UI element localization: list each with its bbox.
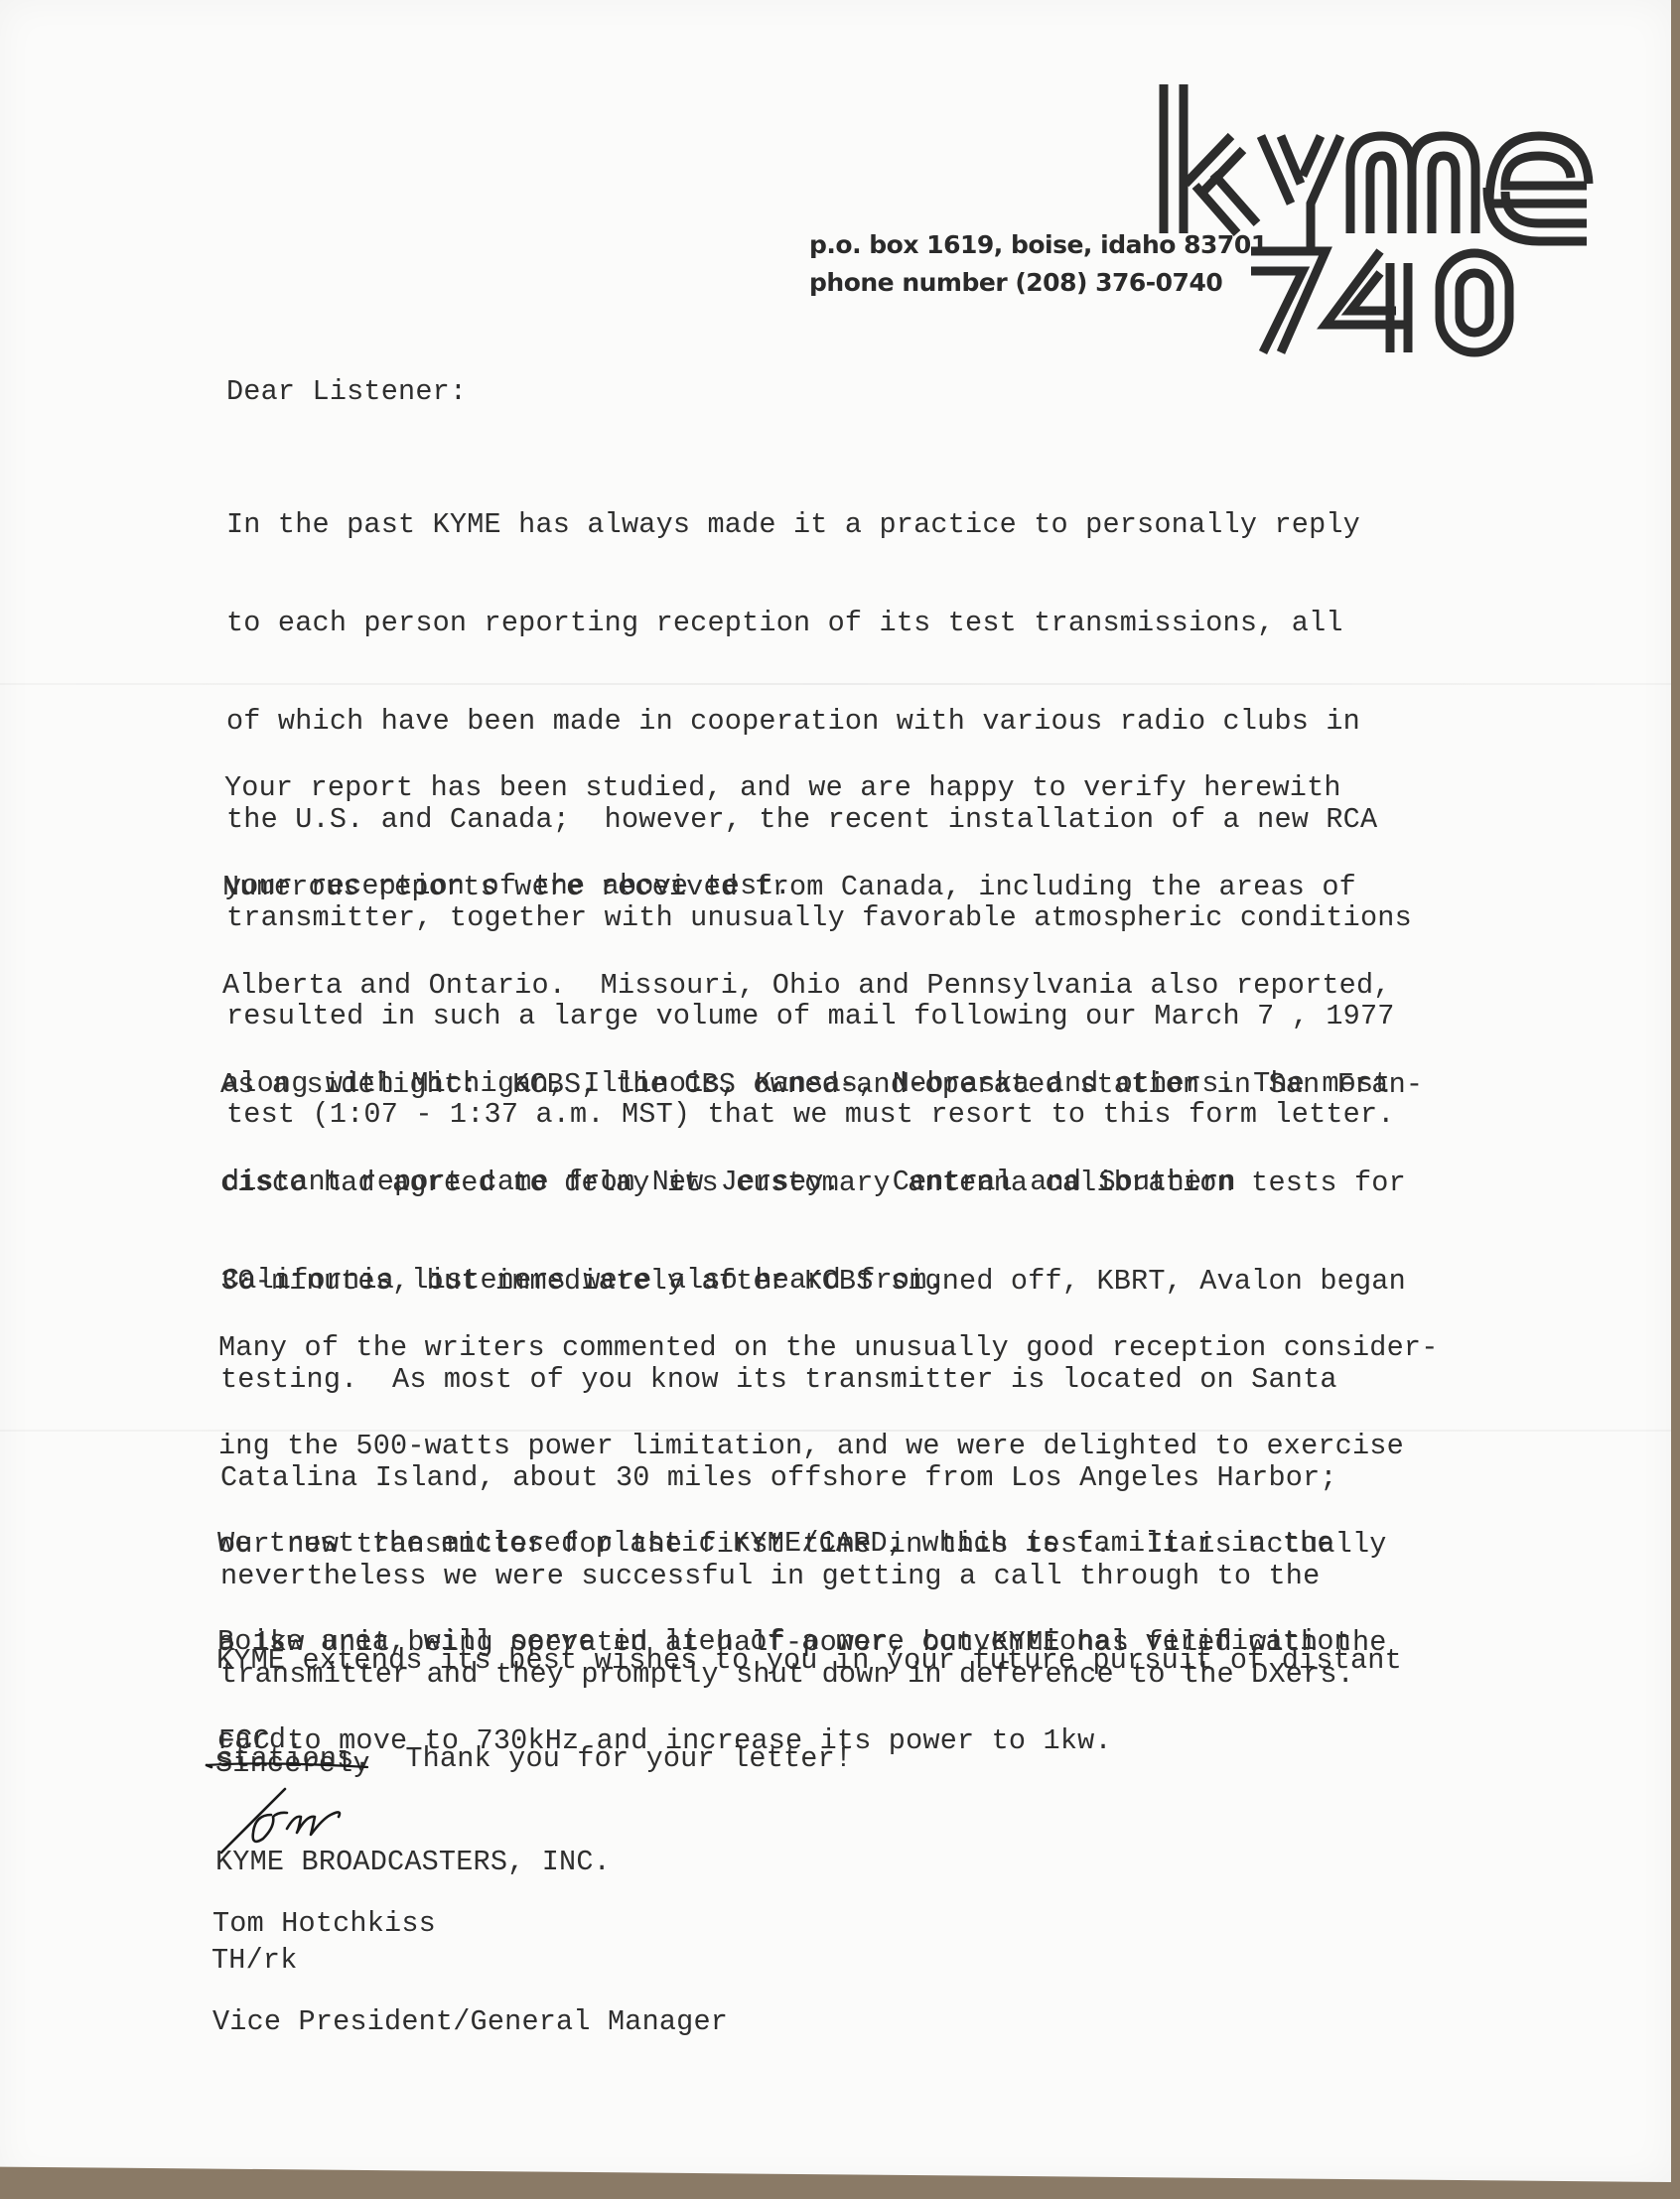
letter-page: p.o. box 1619, boise, idaho 83701 phone … <box>0 0 1671 2182</box>
signatory-name: Tom Hotchkiss <box>212 1907 728 1940</box>
text-line: ing the 500-watts power limitation, and … <box>218 1430 1439 1462</box>
text-line: Your report has been studied, and we are… <box>224 771 1341 804</box>
text-line: Numerous reports were received from Cana… <box>222 871 1391 903</box>
text-line: to each person reporting reception of it… <box>226 607 1412 639</box>
salutation: Dear Listener: <box>226 375 467 408</box>
text-line: KYME extends its best wishes to you in y… <box>216 1644 1402 1677</box>
text-line: In the past KYME has always made it a pr… <box>226 508 1412 541</box>
text-line: As a sidelight: KCBS, the CBS owned-and-… <box>220 1068 1423 1101</box>
text-line: cisco had agreed to delay its customary … <box>220 1167 1423 1199</box>
text-line: Many of the writers commented on the unu… <box>218 1331 1439 1364</box>
kyme-740-logo <box>1152 74 1609 362</box>
reference-initials: TH/rk <box>211 1944 298 1977</box>
text-line: We trust the enclosed plastic KYME/CARD,… <box>217 1527 1351 1560</box>
signatory-title: Vice President/General Manager <box>212 2005 728 2038</box>
text-line: Alberta and Ontario. Missouri, Ohio and … <box>222 969 1391 1002</box>
